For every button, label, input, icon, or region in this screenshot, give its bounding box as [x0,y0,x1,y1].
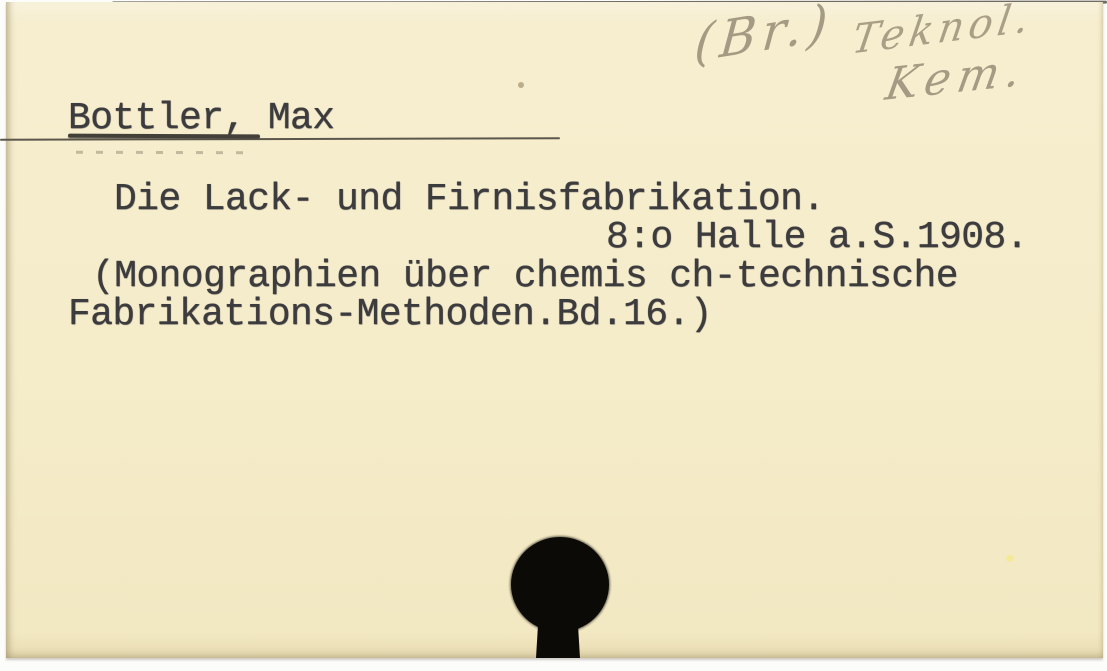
title-line: Die Lack- und Firnisfabrikation. [114,181,825,219]
author-heading: Bottler, Max [68,100,334,138]
catalog-card: (Br.) Teknol. Kem. Bottler, Max Die Lack… [6,2,1103,658]
series-statement-line-2: Fabrikations-Methoden.Bd.16.) [68,296,712,334]
ink-speck [518,82,524,88]
series-statement-line-1: (Monographien über chemis ch-technische [92,258,958,296]
heading-rule [0,137,560,140]
author-typed-underline [68,134,260,139]
imprint-line: 8:o Halle a.S.1908. [606,219,1028,257]
paper-speck [1006,555,1014,562]
faint-dotted-line [76,151,244,155]
punch-hole-stem [536,600,580,658]
handwritten-classification: (Br.) [692,0,836,74]
